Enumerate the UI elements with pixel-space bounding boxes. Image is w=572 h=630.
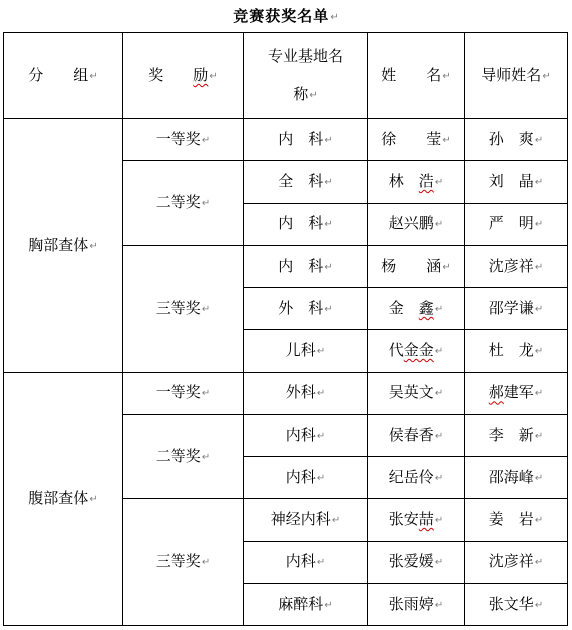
name-cell[interactable]: 代金金↵ (368, 330, 465, 372)
paragraph-mark-icon: ↵ (330, 12, 338, 23)
mentor-name: 邵海峰 (489, 469, 534, 486)
mentor-cell[interactable]: 孙 爽↵ (465, 119, 568, 161)
paragraph-mark-icon: ↵ (535, 177, 543, 188)
person-name: 张雨婷 (389, 596, 434, 613)
specialty-label: 神经内科 (271, 511, 331, 528)
paragraph-mark-icon: ↵ (202, 135, 210, 146)
paragraph-mark-icon: ↵ (324, 262, 332, 273)
person-name: 纪岳伶 (389, 469, 434, 486)
award-cell[interactable]: 二等奖↵ (123, 161, 244, 246)
paragraph-mark-icon: ↵ (542, 71, 550, 82)
mentor-cell[interactable]: 杜 龙↵ (465, 330, 568, 372)
header-label: 姓 名 (381, 67, 441, 84)
mentor-name: 刘 晶 (489, 173, 534, 190)
specialty-cell[interactable]: 麻醉科↵ (244, 583, 368, 625)
misspelled-text: 浩 (419, 173, 434, 190)
specialty-cell[interactable]: 内 科↵ (244, 245, 368, 287)
document-title[interactable]: 竞赛获奖名单 (233, 8, 329, 25)
header-label: 分 组 (28, 67, 88, 84)
paragraph-mark-icon: ↵ (535, 515, 543, 526)
mentor-cell[interactable]: 刘 晶↵ (465, 161, 568, 203)
name-cell[interactable]: 吴英文↵ (368, 372, 465, 414)
mentor-name: 李 新 (489, 427, 534, 444)
paragraph-mark-icon: ↵ (535, 135, 543, 146)
award-label: 三等奖 (156, 300, 201, 317)
name-cell[interactable]: 张爱媛↵ (368, 541, 465, 583)
header-cell-name[interactable]: 姓 名↵ (368, 33, 465, 119)
paragraph-mark-icon: ↵ (317, 473, 325, 484)
paragraph-mark-icon: ↵ (324, 135, 332, 146)
paragraph-mark-icon: ↵ (435, 557, 443, 568)
specialty-cell[interactable]: 内 科↵ (244, 119, 368, 161)
group-cell[interactable]: 腹部查体↵ (4, 372, 123, 626)
paragraph-mark-icon: ↵ (317, 431, 325, 442)
specialty-cell[interactable]: 神经内科↵ (244, 499, 368, 541)
person-name: 张安 (389, 511, 419, 528)
specialty-cell[interactable]: 内 科↵ (244, 203, 368, 245)
group-label: 胸部查体 (28, 237, 88, 254)
award-table: 分 组↵ 奖 励↵ 专业基地名 称↵ 姓 名↵ 导师姓名↵ 胸部查体↵ 一等奖↵… (3, 32, 568, 626)
paragraph-mark-icon: ↵ (535, 388, 543, 399)
paragraph-mark-icon: ↵ (535, 346, 543, 357)
paragraph-mark-icon: ↵ (535, 600, 543, 611)
person-name: 吴英文 (389, 384, 434, 401)
name-cell[interactable]: 张安喆↵ (368, 499, 465, 541)
person-name: 代 (389, 342, 404, 359)
name-cell[interactable]: 纪岳伶↵ (368, 457, 465, 499)
paragraph-mark-icon: ↵ (435, 473, 443, 484)
paragraph-mark-icon: ↵ (535, 431, 543, 442)
paragraph-mark-icon: ↵ (435, 177, 443, 188)
award-cell[interactable]: 三等奖↵ (123, 245, 244, 372)
misspelled-text: 郝 (489, 384, 504, 401)
award-label: 一等奖 (156, 131, 201, 148)
award-label: 二等奖 (156, 194, 201, 211)
paragraph-mark-icon: ↵ (202, 388, 210, 399)
award-cell[interactable]: 一等奖↵ (123, 372, 244, 414)
paragraph-mark-icon: ↵ (435, 219, 443, 230)
misspelled-text: 鑫 (419, 300, 434, 317)
paragraph-mark-icon: ↵ (202, 557, 210, 568)
person-name: 林 (389, 173, 419, 190)
mentor-cell[interactable]: 李 新↵ (465, 414, 568, 456)
award-cell[interactable]: 二等奖↵ (123, 414, 244, 499)
paragraph-mark-icon: ↵ (317, 557, 325, 568)
header-cell-mentor[interactable]: 导师姓名↵ (465, 33, 568, 119)
name-cell[interactable]: 赵兴鹏↵ (368, 203, 465, 245)
mentor-cell[interactable]: 沈彦祥↵ (465, 245, 568, 287)
group-label: 腹部查体 (28, 490, 88, 507)
paragraph-mark-icon: ↵ (89, 494, 97, 505)
specialty-cell[interactable]: 内科↵ (244, 414, 368, 456)
paragraph-mark-icon: ↵ (324, 304, 332, 315)
mentor-name: 建军 (504, 384, 534, 401)
header-cell-base[interactable]: 专业基地名 称↵ (244, 33, 368, 119)
misspelled-text: 金金 (404, 342, 434, 359)
name-cell[interactable]: 金 鑫↵ (368, 288, 465, 330)
paragraph-mark-icon: ↵ (435, 515, 443, 526)
paragraph-mark-icon: ↵ (89, 71, 97, 82)
name-cell[interactable]: 张雨婷↵ (368, 583, 465, 625)
specialty-label: 内科 (286, 553, 316, 570)
name-cell[interactable]: 杨 涵↵ (368, 245, 465, 287)
mentor-cell[interactable]: 严 明↵ (465, 203, 568, 245)
paragraph-mark-icon: ↵ (317, 388, 325, 399)
paragraph-mark-icon: ↵ (209, 71, 217, 82)
header-row: 分 组↵ 奖 励↵ 专业基地名 称↵ 姓 名↵ 导师姓名↵ (4, 33, 568, 119)
specialty-cell[interactable]: 内科↵ (244, 457, 368, 499)
paragraph-mark-icon: ↵ (535, 304, 543, 315)
header-cell-group[interactable]: 分 组↵ (4, 33, 123, 119)
award-cell[interactable]: 一等奖↵ (123, 119, 244, 161)
paragraph-mark-icon: ↵ (324, 177, 332, 188)
mentor-cell[interactable]: 张文华↵ (465, 583, 568, 625)
paragraph-mark-icon: ↵ (317, 346, 325, 357)
header-label: 专业基地名 称 (268, 48, 343, 103)
name-cell[interactable]: 徐 莹↵ (368, 119, 465, 161)
paragraph-mark-icon: ↵ (202, 452, 210, 463)
group-cell[interactable]: 胸部查体↵ (4, 119, 123, 373)
document-title-row: 竞赛获奖名单↵ (0, 5, 572, 26)
award-label: 三等奖 (156, 553, 201, 570)
specialty-cell[interactable]: 外科↵ (244, 372, 368, 414)
award-label: 二等奖 (156, 448, 201, 465)
mentor-cell[interactable]: 邵学谦↵ (465, 288, 568, 330)
person-name: 张爱媛 (389, 553, 434, 570)
specialty-label: 麻醉科 (278, 596, 323, 613)
specialty-label: 全 科 (278, 173, 323, 190)
table-row: 腹部查体↵ 一等奖↵ 外科↵ 吴英文↵ 郝建军↵ (4, 372, 568, 414)
specialty-label: 内科 (286, 427, 316, 444)
paragraph-mark-icon: ↵ (332, 515, 340, 526)
specialty-label: 内科 (286, 469, 316, 486)
paragraph-mark-icon: ↵ (435, 600, 443, 611)
paragraph-mark-icon: ↵ (535, 219, 543, 230)
paragraph-mark-icon: ↵ (442, 71, 450, 82)
person-name: 金 (389, 300, 419, 317)
paragraph-mark-icon: ↵ (535, 473, 543, 484)
mentor-name: 姜 岩 (489, 511, 534, 528)
mentor-cell[interactable]: 郝建军↵ (465, 372, 568, 414)
header-label: 奖 (148, 67, 193, 84)
misspelled-text: 励 (193, 67, 208, 84)
specialty-label: 外科 (286, 384, 316, 401)
header-cell-award[interactable]: 奖 励↵ (123, 33, 244, 119)
mentor-cell[interactable]: 姜 岩↵ (465, 499, 568, 541)
person-name: 徐 莹 (381, 131, 441, 148)
paragraph-mark-icon: ↵ (324, 600, 332, 611)
mentor-name: 孙 爽 (489, 131, 534, 148)
specialty-label: 内 科 (278, 131, 323, 148)
paragraph-mark-icon: ↵ (435, 346, 443, 357)
specialty-label: 儿科 (286, 342, 316, 359)
mentor-name: 邵学谦 (489, 300, 534, 317)
paragraph-mark-icon: ↵ (309, 90, 317, 101)
paragraph-mark-icon: ↵ (442, 135, 450, 146)
table-row: 胸部查体↵ 一等奖↵ 内 科↵ 徐 莹↵ 孙 爽↵ (4, 119, 568, 161)
specialty-label: 外 科 (278, 300, 323, 317)
document-page: 竞赛获奖名单↵ 分 组↵ 奖 励↵ 专业基地名 称↵ 姓 名↵ 导师姓名↵ 胸部… (0, 0, 572, 630)
mentor-name: 严 明 (489, 215, 534, 232)
mentor-name: 沈彦祥 (489, 553, 534, 570)
specialty-label: 内 科 (278, 258, 323, 275)
paragraph-mark-icon: ↵ (89, 241, 97, 252)
mentor-name: 沈彦祥 (489, 258, 534, 275)
paragraph-mark-icon: ↵ (435, 431, 443, 442)
award-cell[interactable]: 三等奖↵ (123, 499, 244, 626)
specialty-cell[interactable]: 外 科↵ (244, 288, 368, 330)
specialty-cell[interactable]: 儿科↵ (244, 330, 368, 372)
person-name: 侯春香 (389, 427, 434, 444)
specialty-label: 内 科 (278, 215, 323, 232)
mentor-name: 张文华 (489, 596, 534, 613)
person-name: 赵兴鹏 (389, 215, 434, 232)
header-label: 导师姓名 (481, 67, 541, 84)
paragraph-mark-icon: ↵ (202, 304, 210, 315)
paragraph-mark-icon: ↵ (435, 388, 443, 399)
specialty-cell[interactable]: 内科↵ (244, 541, 368, 583)
person-name: 杨 涵 (381, 258, 441, 275)
paragraph-mark-icon: ↵ (442, 262, 450, 273)
specialty-cell[interactable]: 全 科↵ (244, 161, 368, 203)
paragraph-mark-icon: ↵ (202, 198, 210, 209)
paragraph-mark-icon: ↵ (535, 262, 543, 273)
mentor-name: 杜 龙 (489, 342, 534, 359)
name-cell[interactable]: 侯春香↵ (368, 414, 465, 456)
award-label: 一等奖 (156, 384, 201, 401)
mentor-cell[interactable]: 邵海峰↵ (465, 457, 568, 499)
name-cell[interactable]: 林 浩↵ (368, 161, 465, 203)
paragraph-mark-icon: ↵ (435, 304, 443, 315)
paragraph-mark-icon: ↵ (324, 219, 332, 230)
mentor-cell[interactable]: 沈彦祥↵ (465, 541, 568, 583)
paragraph-mark-icon: ↵ (535, 557, 543, 568)
misspelled-text: 喆 (419, 511, 434, 528)
